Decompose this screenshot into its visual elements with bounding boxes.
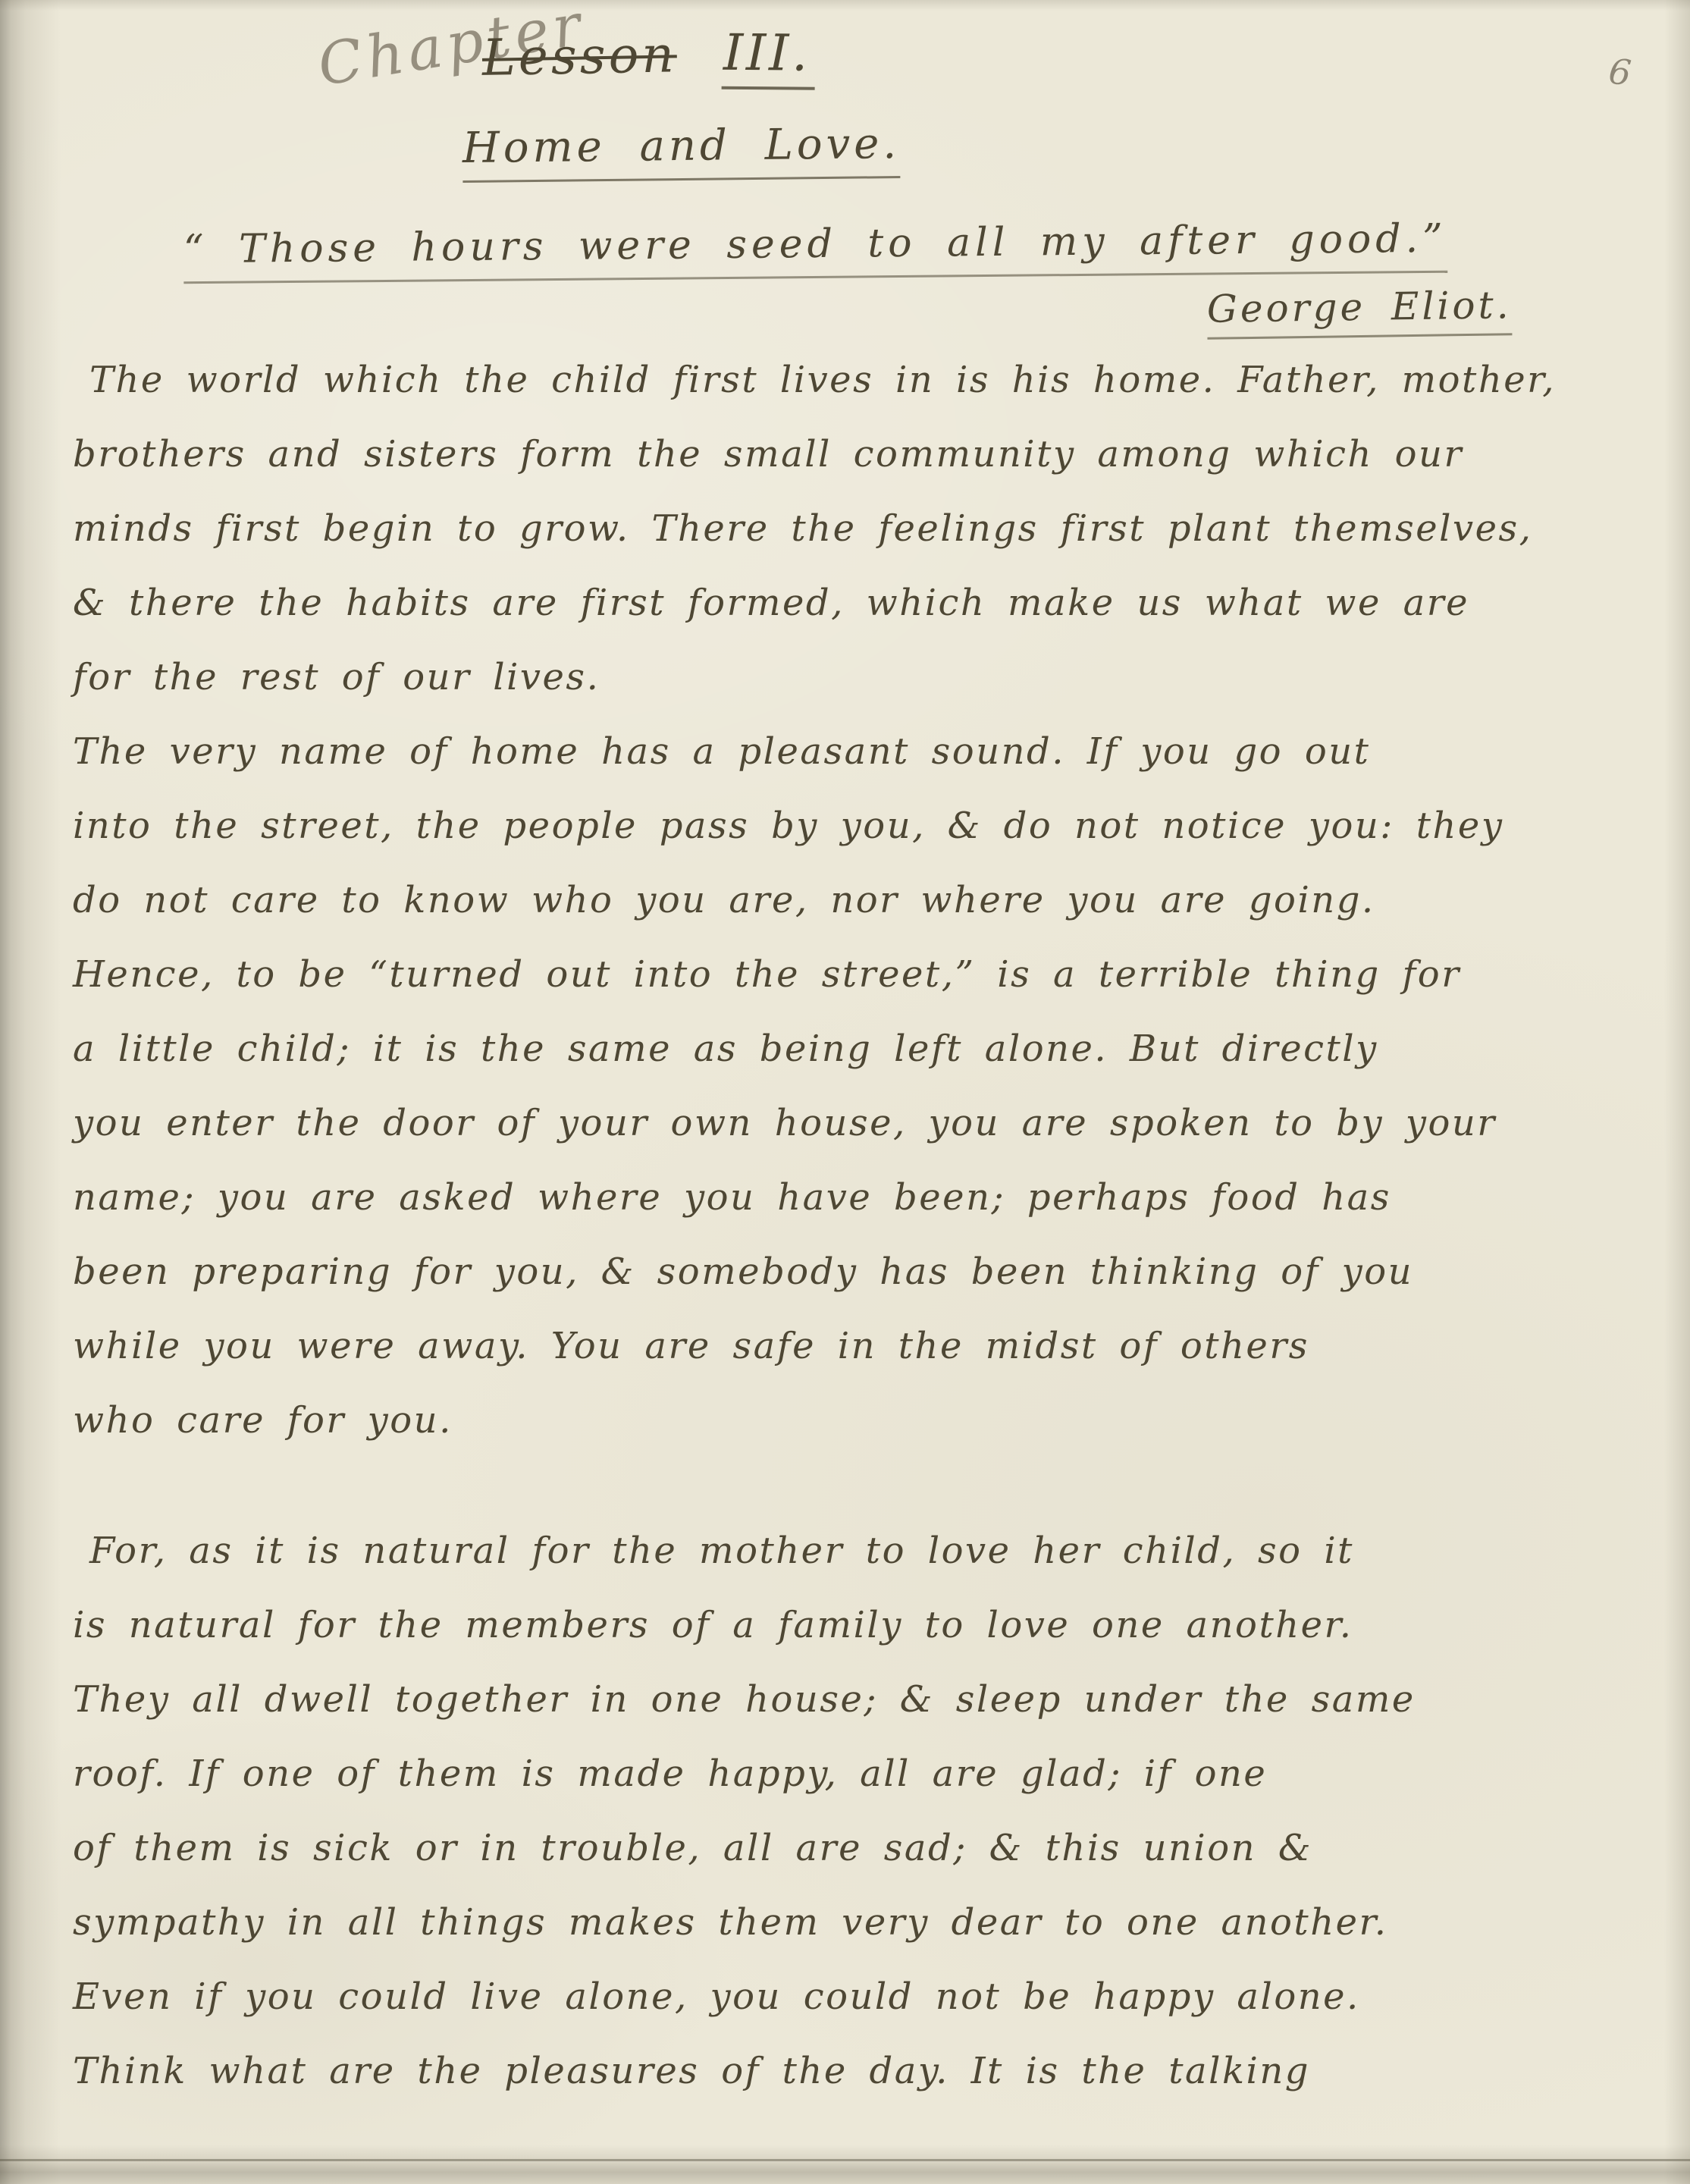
manuscript-line: Hence, to be “turned out into the street… — [73, 937, 1673, 1012]
manuscript-line: for the rest of our lives. — [73, 640, 1673, 714]
lesson-word-struck: Lesson — [481, 25, 677, 86]
manuscript-body: The world which the child first lives in… — [73, 343, 1673, 2108]
page-edge-shadow-top — [0, 0, 1690, 11]
attribution-text: George Eliot. — [1207, 283, 1513, 340]
manuscript-line: who care for you. — [73, 1383, 1673, 1458]
manuscript-line: is natural for the members of a family t… — [73, 1588, 1673, 1662]
page-edge-shadow-left — [0, 0, 61, 2184]
epigraph-text: “ Those hours were seed to all my after … — [183, 216, 1447, 284]
manuscript-line: into the street, the people pass by you,… — [73, 789, 1673, 863]
page-number: 6 — [1607, 51, 1633, 94]
lesson-numeral: III. — [721, 24, 815, 90]
manuscript-line: For, as it is natural for the mother to … — [73, 1514, 1673, 1588]
manuscript-line: while you were away. You are safe in the… — [73, 1309, 1673, 1383]
manuscript-line: of them is sick or in trouble, all are s… — [73, 1811, 1673, 1885]
manuscript-line: a little child; it is the same as being … — [73, 1012, 1673, 1086]
page-bottom-edge-line — [0, 2159, 1690, 2161]
manuscript-line: Even if you could live alone, you could … — [73, 1960, 1673, 2034]
manuscript-line: sympathy in all things makes them very d… — [73, 1885, 1673, 1960]
manuscript-line: They all dwell together in one house; & … — [73, 1662, 1673, 1737]
manuscript-line: do not care to know who you are, nor whe… — [73, 863, 1673, 937]
manuscript-line: been preparing for you, & somebody has b… — [73, 1235, 1673, 1309]
manuscript-line: Think what are the pleasures of the day.… — [73, 2034, 1673, 2108]
manuscript-line: minds first begin to grow. There the fee… — [73, 491, 1673, 566]
lesson-title-text: Home and Love. — [462, 119, 901, 183]
manuscript-line: The world which the child first lives in… — [73, 343, 1673, 417]
manuscript-line: you enter the door of your own house, yo… — [73, 1086, 1673, 1160]
manuscript-line: brothers and sisters form the small comm… — [73, 417, 1673, 491]
lesson-title: Home and Love. — [462, 121, 900, 180]
manuscript-line: The very name of home has a pleasant sou… — [73, 714, 1673, 789]
manuscript-line: roof. If one of them is made happy, all … — [73, 1737, 1673, 1811]
epigraph-quote: “ Those hours were seed to all my after … — [183, 221, 1447, 278]
manuscript-page: Chapter Lesson III. 6 Home and Love. “ T… — [0, 0, 1690, 2184]
page-edge-shadow-bottom — [0, 2145, 1690, 2184]
lesson-heading: Lesson III. — [481, 23, 816, 95]
epigraph-attribution: George Eliot. — [1207, 285, 1512, 337]
manuscript-line: name; you are asked where you have been;… — [73, 1160, 1673, 1235]
manuscript-line: & there the habits are first formed, whi… — [73, 566, 1673, 640]
